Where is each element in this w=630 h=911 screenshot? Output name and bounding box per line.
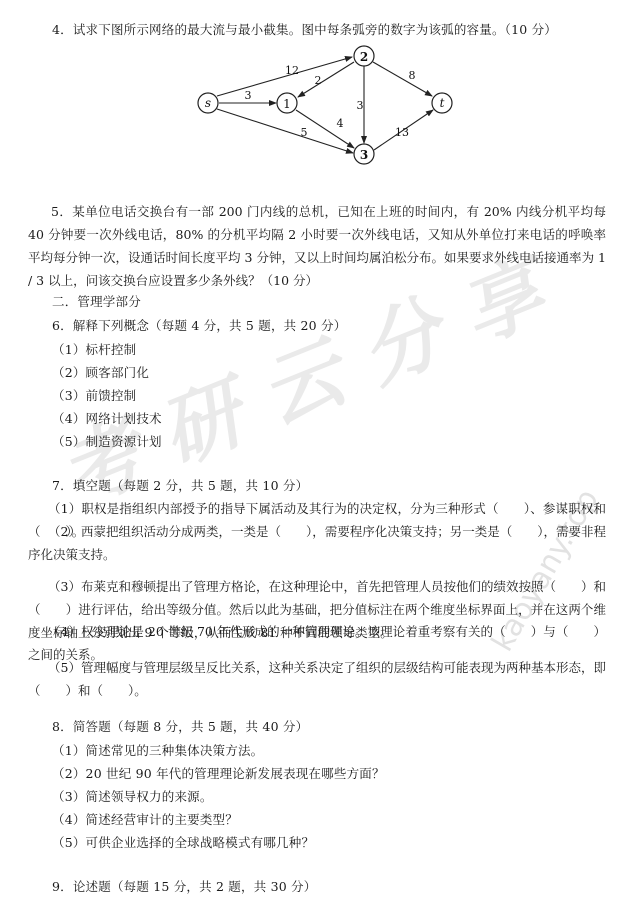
question-7-title: 7．填空题（每题 2 分，共 5 题，共 10 分）: [52, 478, 308, 494]
edge-s-3-capacity: 5: [301, 126, 308, 139]
question-6-item: （3）前馈控制: [52, 388, 136, 404]
edge-2-1-capacity: 2: [315, 74, 322, 87]
question-8-item: （1）简述常见的三种集体决策方法。: [52, 743, 263, 759]
question-5-text: 5．某单位电话交换台有一部 200 门内线的总机，已知在上班的时间内，有 20%…: [28, 200, 606, 292]
question-8-item: （4）简述经营审计的主要类型？: [52, 812, 238, 828]
question-6-item: （2）顾客部门化: [52, 365, 149, 381]
network-flow-diagram: s 1 2 3 t 12 3 5 2 4 3 8 13: [190, 44, 470, 174]
edge-1-3-capacity: 4: [337, 117, 344, 130]
node-2-label: 2: [360, 50, 368, 64]
question-4-text: 4．试求下图所示网络的最大流与最小截集。图中每条弧旁的数字为该弧的容量。（10 …: [52, 22, 557, 38]
question-8-item: （5）可供企业选择的全球战略模式有哪几种？: [52, 835, 314, 851]
question-8-item: （3）简述领导权力的来源。: [52, 789, 213, 805]
node-3-label: 3: [360, 148, 368, 162]
question-7-item: （5）管理幅度与管理层级呈反比关系，这种关系决定了组织的层级结构可能表现为两种基…: [28, 656, 606, 702]
edge-3-t-capacity: 13: [395, 126, 409, 139]
edge-2-3-capacity: 3: [357, 99, 364, 112]
question-8-item: （2）20 世纪 90 年代的管理理论新发展表现在哪些方面？: [52, 766, 385, 782]
question-6-item: （5）制造资源计划: [52, 434, 162, 450]
question-6-item: （1）标杆控制: [52, 342, 136, 358]
node-t-label: t: [440, 96, 445, 110]
question-8-title: 8．简答题（每题 8 分，共 5 题，共 40 分）: [52, 719, 308, 735]
exam-page: 考研云分享 kaoyany.top 4．试求下图所示网络的最大流与最小截集。图中…: [0, 0, 630, 911]
node-1-label: 1: [283, 97, 291, 111]
question-9-title: 9．论述题（每题 15 分，共 2 题，共 30 分）: [52, 879, 316, 895]
edge-s-2-capacity: 12: [285, 64, 299, 77]
question-6-title: 6．解释下列概念（每题 4 分，共 5 题，共 20 分）: [52, 318, 346, 334]
question-6-item: （4）网络计划技术: [52, 411, 162, 427]
question-7-item: （2）西蒙把组织活动分成两类，一类是（ ），需要程序化决策支持；另一类是（ ），…: [28, 520, 606, 566]
edge-s-1-capacity: 3: [245, 89, 252, 102]
edge-2-t-capacity: 8: [409, 69, 416, 82]
section-2-title: 二．管理学部分: [52, 294, 141, 310]
node-s-label: s: [205, 96, 211, 110]
